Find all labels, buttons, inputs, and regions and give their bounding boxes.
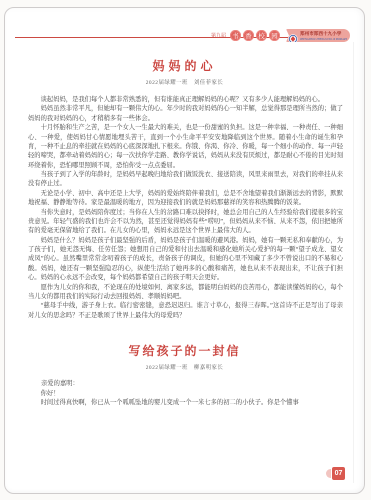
- essay-paragraph: 无论是小学、初中、高中还是上大学，妈妈的爱始终陪伴着我们，总是不舍地望着我们渐渐…: [28, 189, 343, 208]
- school-name-block: 郑州市郑西十九小学 ZHENGZHOU ZHENGXI NO.19 PRIMAR…: [300, 31, 347, 41]
- letter-greeting: 亲爱的嘉明：: [41, 379, 343, 389]
- school-ribbon: 郑州市郑西十九小学 ZHENGZHOU ZHENGXI NO.19 PRIMAR…: [286, 29, 350, 42]
- essay1-byline: 2022届绿耀一班 刘佳菲家长: [5, 78, 364, 86]
- essay-mothers-heart: 妈妈的心 2022届绿耀一班 刘佳菲家长 谈起妈妈，是我们每个人都非常熟悉的，但…: [5, 59, 364, 320]
- page-number-badge: 07: [326, 467, 345, 480]
- school-logo-icon: [288, 31, 298, 41]
- badge-character: 香: [243, 30, 254, 41]
- badge-character: 书: [230, 30, 241, 41]
- letter-paragraph: 你好！: [28, 389, 343, 399]
- essay-paragraph: 当你失意时，是妈妈陪你度过；当你在人生的岔路口难以抉择时，她总会用自己的人生经验…: [28, 208, 343, 236]
- school-name: 郑州市郑西十九小学: [300, 31, 347, 37]
- letter-paragraphs: 你好！时间过得真快啊，你已从一个呱呱坠地的婴儿变成一个一米七多的初二的小伙子。你…: [28, 389, 343, 408]
- essay2-title: 写给孩子的一封信: [5, 344, 364, 358]
- page-number-tab: [326, 469, 331, 478]
- essay-paragraph: 妈妈是什么？妈妈是孩子们最坚强的后盾，妈妈是孩子们温暖的避风港。妈妈，她有一颗无…: [28, 236, 343, 283]
- essay-letter-to-child: 写给孩子的一封信 2022届绿耀一班 柳嘉明家长 亲爱的嘉明： 你好！时间过得真…: [5, 344, 364, 408]
- essay-paragraph: 妈妈虽然非常平凡，但她却有一颗伟大的心。年少时的我对妈妈的心一知半解，总觉得那是…: [28, 104, 343, 123]
- badge-character: 校: [256, 30, 267, 41]
- badge-character: 园: [269, 30, 280, 41]
- essay1-title: 妈妈的心: [5, 59, 364, 73]
- header-badges: 书香校园: [228, 30, 280, 41]
- edition-label: 第九届: [211, 32, 226, 39]
- page-header: 第九届 书香校园 郑州市郑西十九小学 ZHENGZHOU ZHENGXI NO.…: [5, 28, 364, 44]
- school-subtitle: ZHENGZHOU ZHENGXI NO.19 PRIMARY SCHOOL: [300, 37, 340, 40]
- essay-paragraph: “慈母手中线，游子身上衣。临行密密缝，意恐迟迟归。谁言寸草心，报得三春晖。”这首…: [28, 301, 343, 320]
- page-number: 07: [332, 467, 345, 480]
- letter-paragraph: 时间过得真快啊，你已从一个呱呱坠地的婴儿变成一个一米七多的初二的小伙子。你是个懂…: [28, 398, 343, 408]
- essay1-body: 谈起妈妈，是我们每个人都非常熟悉的，但有谁能真正理解妈妈的心呢？又有多少人能理解…: [28, 95, 343, 320]
- essay-paragraph: 十月怀胎和生产之苦，是一个女人一生最大的难关，也是一份甜蜜的负担。这是一种幸福、…: [28, 123, 343, 170]
- essay2-byline: 2022届绿耀一班 柳嘉明家长: [5, 363, 364, 371]
- scan-crease: [353, 42, 354, 483]
- essay-paragraph: 当孩子到了入学的年龄时，是妈妈早起晚归地给我们做饭洗衣、接送陪读，风里来雨里去，…: [28, 170, 343, 189]
- document-page: 第九届 书香校园 郑州市郑西十九小学 ZHENGZHOU ZHENGXI NO.…: [4, 7, 365, 494]
- essay-paragraph: 愿作为儿女的你和我，不论现在的处境如何、离家多远，都能明白妈妈的良苦用心，都能读…: [28, 283, 343, 302]
- letter-body: 亲爱的嘉明： 你好！时间过得真快啊，你已从一个呱呱坠地的婴儿变成一个一米七多的初…: [28, 379, 343, 408]
- header-right-group: 第九届 书香校园 郑州市郑西十九小学 ZHENGZHOU ZHENGXI NO.…: [211, 29, 350, 42]
- scan-background: 第九届 书香校园 郑州市郑西十九小学 ZHENGZHOU ZHENGXI NO.…: [0, 0, 371, 500]
- essay-paragraph: 谈起妈妈，是我们每个人都非常熟悉的，但有谁能真正理解妈妈的心呢？又有多少人能理解…: [28, 95, 343, 104]
